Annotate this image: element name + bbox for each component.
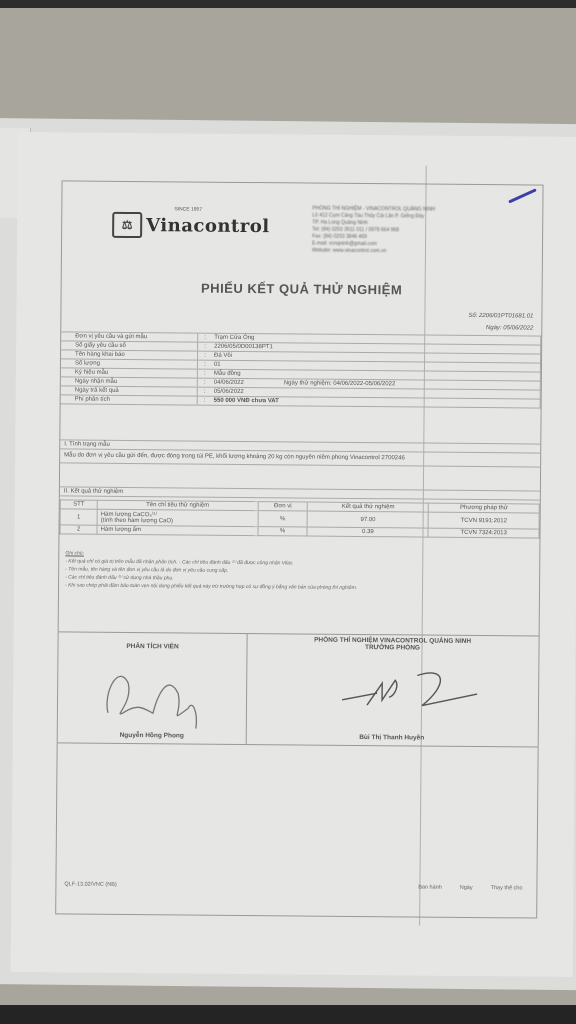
document-number: 2206/01PT01681.01 (479, 313, 533, 319)
date-label: Ngày: (486, 325, 502, 331)
lab-contact-info: PHÒNG THÍ NGHIỆM - VINACONTROL QUẢNG NIN… (312, 206, 435, 256)
revision-label: Thay thế cho (491, 885, 523, 891)
sample-status-text: Mẫu do đơn vị yêu cầu gửi đến, được đóng… (60, 449, 540, 467)
results-section: II. Kết quả thử nghiệm (60, 486, 540, 500)
number-label: Số: (468, 313, 477, 319)
notes-section: Ghi chú: - Kết quả chỉ có giá trị trên m… (65, 549, 357, 592)
company-name: Vinacontrol (146, 215, 270, 237)
signature-block: PHÂN TÍCH VIÊN Nguyễn Hồng Phong PHÒNG T… (58, 631, 539, 747)
manager-title: TRƯỞNG PHÒNG (247, 643, 537, 653)
document-page: ⚖ Vinacontrol SINCE 1957 PHÒNG THÍ NGHIỆ… (11, 132, 576, 977)
form-code: QLF-13.02/VNC (NB) (64, 881, 116, 887)
scales-icon: ⚖ (112, 212, 142, 238)
analyst-signature-mark (98, 653, 219, 734)
document-frame: ⚖ Vinacontrol SINCE 1957 PHÒNG THÍ NGHIỆ… (55, 180, 543, 918)
lab-website: Website: www.vinacontrol.com.vn (312, 248, 435, 256)
results-heading: II. Kết quả thử nghiệm (60, 486, 540, 500)
footer-date-label: Ngày (460, 885, 473, 891)
manager-name: Bùi Thị Thanh Huyền (247, 733, 537, 743)
manager-signature-mark (337, 665, 487, 716)
results-table: STT Tên chỉ tiêu thử nghiệm Đơn vị Kết q… (59, 499, 539, 538)
note-line: - Khi sao chép phải đảm bảo toàn vẹn nội… (65, 581, 357, 592)
bottom-dark-edge (0, 1005, 576, 1024)
analyst-title: PHÂN TÍCH VIÊN (58, 642, 246, 651)
manager-signature: PHÒNG THÍ NGHIỆM VINACONTROL QUẢNG NINH … (247, 634, 538, 747)
analyst-name: Nguyễn Hồng Phong (58, 731, 246, 740)
sample-status-section: I. Tình trạng mẫu Mẫu do đơn vị yêu cầu … (60, 439, 540, 467)
document-number-block: Số: 2206/01PT01681.01 Ngày: 05/06/2022 (468, 310, 533, 335)
sample-info-table: Đơn vị yêu cầu và gửi mẫu:Trạm Cửa Ông S… (61, 331, 542, 408)
document-footer: QLF-13.02/VNC (NB) Ban hành Ngày Thay th… (56, 881, 536, 885)
top-dark-edge (0, 0, 576, 8)
document-title: PHIẾU KẾT QUẢ THỬ NGHIỆM (62, 279, 542, 298)
document-date: 05/06/2022 (503, 325, 533, 331)
edition-label: Ban hành (418, 885, 442, 891)
analyst-signature: PHÂN TÍCH VIÊN Nguyễn Hồng Phong (58, 632, 248, 744)
company-logo: ⚖ Vinacontrol (112, 212, 270, 239)
company-since: SINCE 1957 (174, 206, 202, 212)
